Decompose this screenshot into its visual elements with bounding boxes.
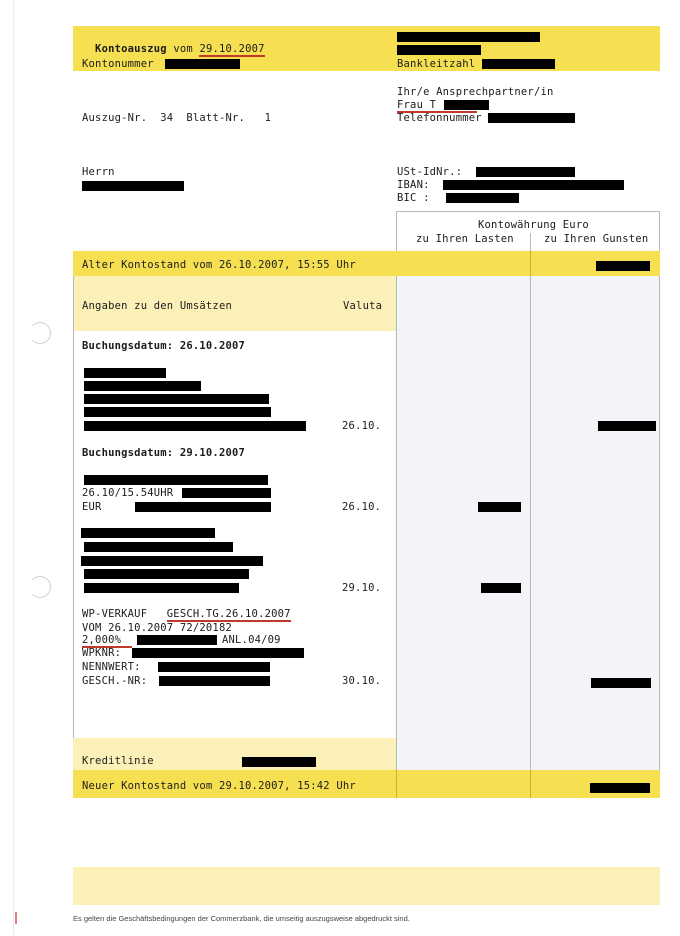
value-date: 29.10.: [342, 582, 381, 594]
redacted-phone: [488, 113, 575, 123]
statement-date: 29.10.2007: [199, 43, 264, 57]
redacted-debit-amount: [478, 502, 521, 512]
redacted-credit-line: [242, 757, 316, 767]
recipient-salutation: Herrn: [82, 166, 115, 178]
currency-header-left-border: [396, 211, 397, 251]
transaction-line: 26.10/15.54UHR: [82, 487, 173, 499]
details-left-border: [73, 276, 74, 798]
bic-label: BIC :: [397, 192, 430, 204]
redacted-line: [135, 502, 271, 512]
fold-mark: [15, 912, 17, 924]
redacted-contact-name: [444, 100, 489, 110]
redacted-line: [137, 635, 217, 645]
contact-label: Ihr/e Ansprechpartner/in: [397, 86, 554, 98]
redacted-credit-amount: [591, 678, 651, 688]
account-number-label: Kontonummer: [82, 58, 154, 70]
value-date: 26.10.: [342, 501, 381, 513]
redacted-line: [84, 394, 269, 404]
new-balance-label: Neuer Kontostand vom 29.10.2007, 15:42 U…: [82, 780, 356, 792]
transaction-line: NENNWERT:: [82, 661, 141, 673]
footer-band: [73, 867, 660, 905]
page-edge-shadow: [13, 0, 14, 936]
trade-date-highlight: GESCH.TG.26.10.2007: [167, 608, 291, 622]
redacted-recipient-name: [82, 181, 184, 191]
redacted-line: [81, 556, 263, 566]
redacted-line: [159, 676, 270, 686]
amount-columns-divider: [530, 233, 531, 798]
bank-code-label: Bankleitzahl: [397, 58, 475, 70]
redacted-line: [84, 569, 249, 579]
iban-label: IBAN:: [397, 179, 430, 191]
interest-rate: 2,000%: [82, 634, 132, 648]
terms-notice: Es gelten die Geschäftsbedingungen der C…: [73, 914, 410, 923]
sheet-no: 1: [265, 112, 272, 124]
title-vom: vom: [173, 43, 193, 55]
credit-column-header: zu Ihren Gunsten: [544, 233, 648, 245]
redacted-iban: [443, 180, 624, 190]
redacted-line: [84, 381, 201, 391]
new-balance-divider: [396, 770, 397, 798]
redacted-line: [84, 583, 239, 593]
old-balance-divider: [530, 251, 531, 276]
redacted-bic: [446, 193, 519, 203]
redacted-bank-name: [397, 32, 540, 42]
redacted-credit-amount: [598, 421, 656, 431]
redacted-bank-code: [482, 59, 555, 69]
value-date-column-header: Valuta: [343, 300, 382, 312]
transaction-line: GESCH.-NR:: [82, 675, 147, 687]
currency-header-top-border: [396, 211, 660, 212]
transaction-line: WPKNR:: [82, 647, 121, 659]
redacted-line: [84, 475, 268, 485]
value-date: 30.10.: [342, 675, 381, 687]
redacted-line: [84, 542, 233, 552]
debit-column-header: zu Ihren Lasten: [416, 233, 514, 245]
sheet-no-label: Blatt-Nr.: [186, 112, 245, 124]
redacted-line: [132, 648, 304, 658]
vat-id-label: USt-IdNr.:: [397, 166, 462, 178]
transaction-line: VOM 26.10.2007 72/20182: [82, 622, 232, 634]
statement-no-label: Auszug-Nr.: [82, 112, 147, 124]
securities-sale-line: WP-VERKAUF GESCH.TG.26.10.2007: [82, 608, 291, 620]
details-column-header: Angaben zu den Umsätzen: [82, 300, 232, 312]
statement-no: 34: [160, 112, 173, 124]
bond-suffix: ANL.04/09: [222, 634, 281, 646]
old-balance-label: Alter Kontostand vom 26.10.2007, 15:55 U…: [82, 259, 356, 271]
credit-line-label: Kreditlinie: [82, 755, 154, 767]
redacted-bank-address: [397, 45, 481, 55]
statement-title: Kontoauszug vom 29.10.2007: [82, 31, 265, 55]
redacted-line: [182, 488, 271, 498]
amount-columns-left-border: [396, 276, 397, 798]
redacted-line: [84, 421, 306, 431]
statement-numbers: Auszug-Nr. 34 Blatt-Nr. 1: [82, 112, 271, 124]
transaction-line: EUR: [82, 501, 102, 513]
redacted-line: [84, 407, 271, 417]
redacted-old-balance: [596, 261, 650, 271]
amount-columns-background: [396, 276, 660, 770]
redacted-line: [158, 662, 270, 672]
value-date: 26.10.: [342, 420, 381, 432]
redacted-line: [84, 368, 166, 378]
redacted-vat-id: [476, 167, 575, 177]
booking-date-2: Buchungsdatum: 29.10.2007: [82, 447, 245, 459]
booking-date-1: Buchungsdatum: 26.10.2007: [82, 340, 245, 352]
punch-hole: [29, 322, 51, 344]
punch-hole: [29, 576, 51, 598]
new-balance-divider: [530, 770, 531, 798]
redacted-new-balance: [590, 783, 650, 793]
currency-title: Kontowährung Euro: [478, 219, 589, 231]
redacted-debit-amount: [481, 583, 521, 593]
title-label: Kontoauszug: [95, 43, 167, 55]
redacted-account-number: [165, 59, 240, 69]
redacted-line: [81, 528, 215, 538]
amount-columns-right-border: [659, 211, 660, 798]
phone-label: Telefonnummer: [397, 112, 482, 124]
